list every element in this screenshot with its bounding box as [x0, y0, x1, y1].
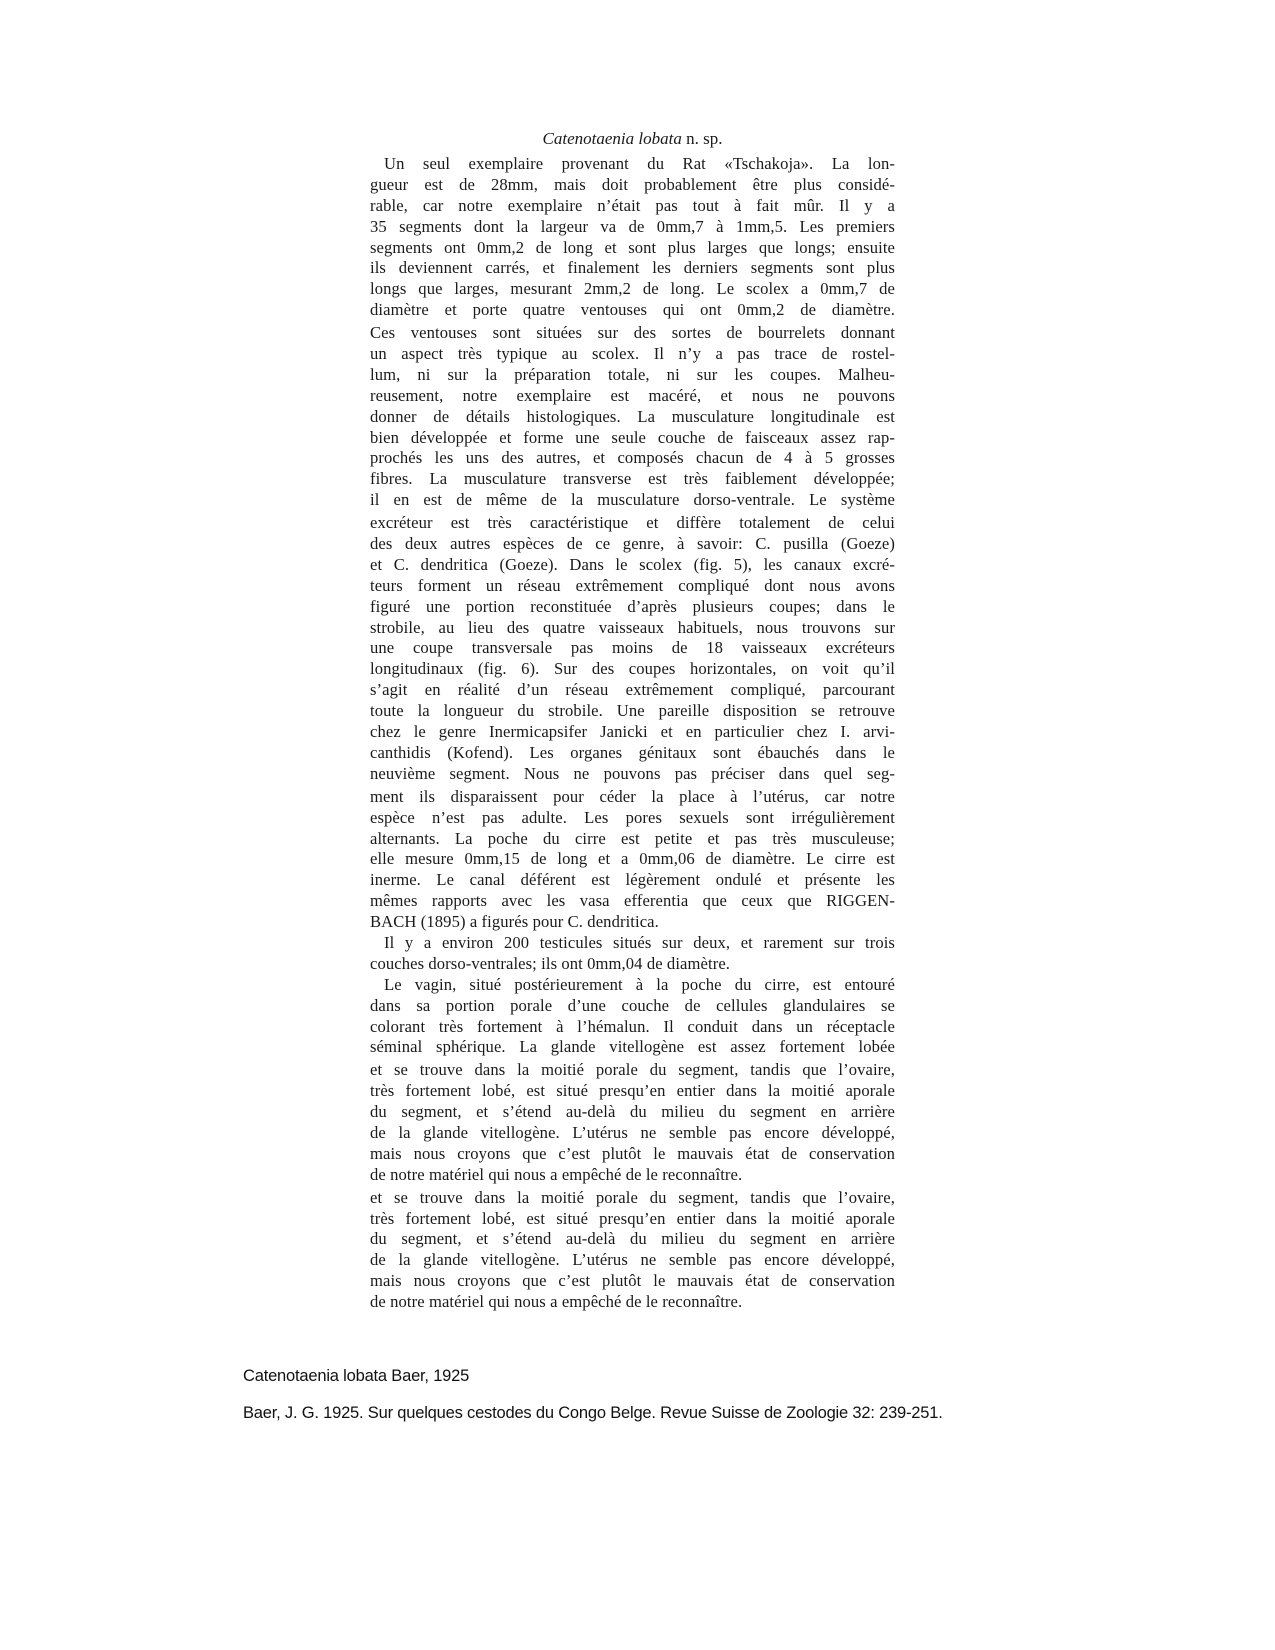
text-line: de la glande vitellogène. L’utérus ne se… [370, 1250, 895, 1271]
text-line: figuré une portion reconstituée d’après … [370, 597, 895, 618]
text-line: des deux autres espèces de ce genre, à s… [370, 534, 895, 555]
text-line: longitudinaux (fig. 6). Sur des coupes h… [370, 659, 895, 680]
text-line: excréteur est très caractéristique et di… [370, 513, 895, 534]
text-line: longs que larges, mesurant 2mm,2 de long… [370, 279, 895, 300]
text-line: s’agit en réalité d’un réseau extrêmemen… [370, 680, 895, 701]
text-line: de la glande vitellogène. L’utérus ne se… [370, 1123, 895, 1144]
text-line: gueur est de 28mm, mais doit probablemen… [370, 175, 895, 196]
text-line: Ces ventouses sont situées sur des sorte… [370, 323, 895, 344]
text-line: BACH (1895) a figurés pour C. dendritica… [370, 912, 895, 933]
species-heading-name: Catenotaenia lobata [543, 129, 682, 148]
text-line: de notre matériel qui nous a empêché de … [370, 1292, 895, 1313]
text-line: Le vagin, situé postérieurement à la poc… [370, 975, 895, 996]
text-line: couches dorso-ventrales; ils ont 0mm,04 … [370, 954, 895, 975]
text-line: du segment, et s’étend au-delà du milieu… [370, 1229, 895, 1250]
text-line: du segment, et s’étend au-delà du milieu… [370, 1102, 895, 1123]
text-line: rable, car notre exemplaire n’était pas … [370, 196, 895, 217]
text-line: mais nous croyons que c’est plutôt le ma… [370, 1144, 895, 1165]
text-line: neuvième segment. Nous ne pouvons pas pr… [370, 764, 895, 785]
scan-body-text: Un seul exemplaire provenant du Rat «Tsc… [370, 154, 895, 1313]
text-line: ils deviennent carrés, et finalement les… [370, 258, 895, 279]
text-line: elle mesure 0mm,15 de long et a 0mm,06 d… [370, 849, 895, 870]
text-line: dans sa portion porale d’une couche de c… [370, 996, 895, 1017]
species-heading: Catenotaenia lobata n. sp. [370, 128, 895, 150]
text-line: strobile, au lieu des quatre vaisseaux h… [370, 618, 895, 639]
text-line: ment ils disparaissent pour céder la pla… [370, 787, 895, 808]
text-line: mêmes rapports avec les vasa efferentia … [370, 891, 895, 912]
text-line: et se trouve dans la moitié porale du se… [370, 1060, 895, 1081]
text-line: très fortement lobé, est situé presqu’en… [370, 1209, 895, 1230]
text-line: et C. dendritica (Goeze). Dans le scolex… [370, 555, 895, 576]
text-line: toute la longueur du strobile. Une parei… [370, 701, 895, 722]
text-line: séminal sphérique. La glande vitellogène… [370, 1037, 895, 1058]
text-line: de notre matériel qui nous a empêché de … [370, 1165, 895, 1186]
scanned-page-excerpt: Catenotaenia lobata n. sp. Un seul exemp… [370, 128, 895, 1313]
text-line: il en est de même de la musculature dors… [370, 490, 895, 511]
text-line: reusement, notre exemplaire est macéré, … [370, 386, 895, 407]
text-line: un aspect très typique au scolex. Il n’y… [370, 344, 895, 365]
text-line: 35 segments dont la largeur va de 0mm,7 … [370, 217, 895, 238]
text-line: colorant très fortement à l’hémalun. Il … [370, 1017, 895, 1038]
text-line: teurs forment un réseau extrêmement comp… [370, 576, 895, 597]
text-line: prochés les uns des autres, et composés … [370, 448, 895, 469]
text-line: diamètre et porte quatre ventouses qui o… [370, 300, 895, 321]
text-line: et se trouve dans la moitié porale du se… [370, 1188, 895, 1209]
citation-caption: Baer, J. G. 1925. Sur quelques cestodes … [243, 1404, 943, 1423]
text-line: inerme. Le canal déférent est légèrement… [370, 870, 895, 891]
text-line: Il y a environ 200 testicules situés sur… [370, 933, 895, 954]
species-caption: Catenotaenia lobata Baer, 1925 [243, 1367, 469, 1386]
text-line: alternants. La poche du cirre est petite… [370, 829, 895, 850]
species-heading-suffix: n. sp. [682, 129, 723, 148]
text-line: très fortement lobé, est situé presqu’en… [370, 1081, 895, 1102]
text-line: fibres. La musculature transverse est tr… [370, 469, 895, 490]
text-line: bien développée et forme une seule couch… [370, 428, 895, 449]
text-line: donner de détails histologiques. La musc… [370, 407, 895, 428]
text-line: chez le genre Inermicapsifer Janicki et … [370, 722, 895, 743]
text-line: Un seul exemplaire provenant du Rat «Tsc… [370, 154, 895, 175]
text-line: une coupe transversale pas moins de 18 v… [370, 638, 895, 659]
text-line: espèce n’est pas adulte. Les pores sexue… [370, 808, 895, 829]
text-line: mais nous croyons que c’est plutôt le ma… [370, 1271, 895, 1292]
text-line: segments ont 0mm,2 de long et sont plus … [370, 238, 895, 259]
text-line: lum, ni sur la préparation totale, ni su… [370, 365, 895, 386]
text-line: canthidis (Kofend). Les organes génitaux… [370, 743, 895, 764]
